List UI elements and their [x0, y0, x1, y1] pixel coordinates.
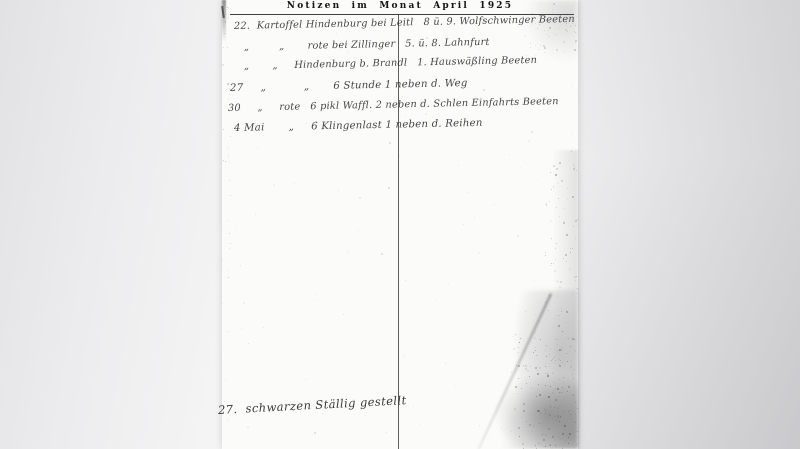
scanned-page: Notizen im Monat April 1925 22. Kartoffe… [222, 0, 578, 449]
backdrop-right [576, 0, 800, 449]
backdrop-left [0, 0, 224, 449]
paper-speckle-layer [222, 0, 578, 449]
scanned-document-view: Notizen im Monat April 1925 22. Kartoffe… [0, 0, 800, 449]
